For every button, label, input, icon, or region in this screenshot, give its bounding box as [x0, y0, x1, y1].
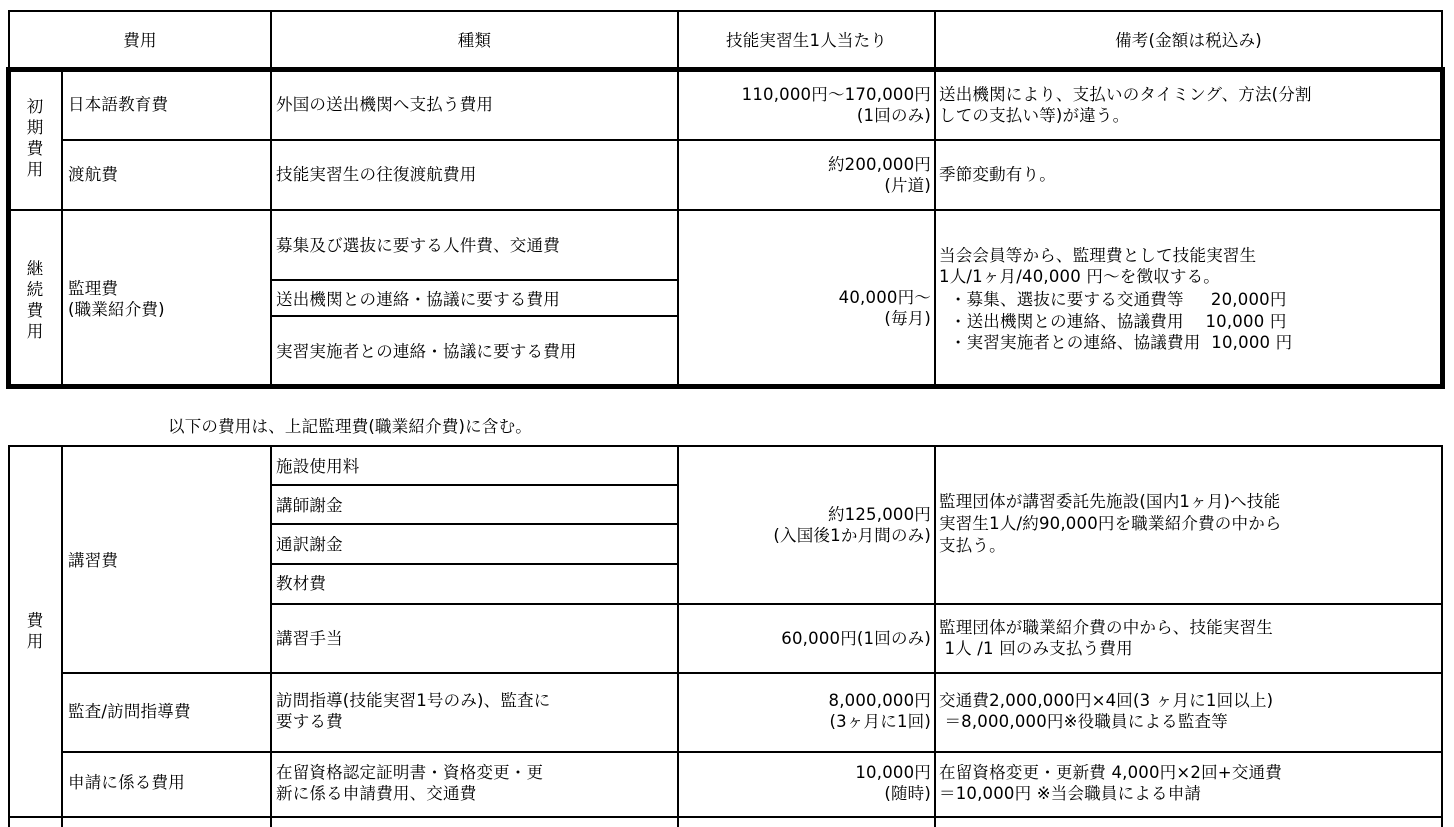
item-type: 施設使用料: [276, 456, 360, 477]
border: [270, 445, 272, 827]
border: [1441, 445, 1443, 827]
item-amount-note: (入国後1か月間のみ): [680, 525, 931, 546]
item-amount-note: (随時): [680, 783, 931, 804]
item-name: 監理費: [68, 278, 118, 299]
border: [6, 67, 1445, 72]
border: [270, 563, 678, 565]
item-note: ＝8,000,000円※役職員による監査等: [939, 711, 1228, 732]
item-amount-note: (片道): [680, 175, 931, 196]
item-note: 監理団体が職業紹介費の中から、技能実習生: [939, 617, 1273, 638]
item-type: 技能実習生の往復渡航費用: [276, 164, 476, 185]
item-note: 季節変動有り。: [939, 164, 1056, 185]
item-type: 教材費: [276, 573, 326, 594]
item-name: 日本語教育費: [68, 94, 168, 115]
item-amount-note: (3ヶ月に1回): [680, 711, 931, 732]
item-note: しての支払い等)が違う。: [939, 105, 1129, 126]
item-note: 監理団体が講習委託先施設(国内1ヶ月)へ技能: [939, 491, 1280, 512]
border: [8, 816, 1443, 818]
item-amount-note: (毎月): [680, 308, 931, 329]
item-name: 渡航費: [68, 164, 118, 185]
item-amount: 40,000円～: [680, 287, 931, 308]
header-per-trainee: 技能実習生1人当たり: [679, 30, 934, 51]
item-type: 送出機関との連絡・協議に要する費用: [276, 289, 560, 310]
border: [61, 751, 1442, 753]
border: [8, 209, 1442, 211]
item-note: ・実習実施者との連絡、協議費用 10,000 円: [939, 332, 1292, 353]
border: [1440, 67, 1445, 389]
border: [270, 523, 678, 525]
item-note: 在留資格変更・更新費 4,000円×2回+交通費: [939, 762, 1282, 783]
item-note: 送出機関により、支払いのタイミング、方法(分割: [939, 84, 1312, 105]
item-type: 実習実施者との連絡・協議に要する費用: [276, 341, 577, 362]
item-note: 実習生1人/約90,000円を職業紹介費の中から: [939, 513, 1282, 534]
item-name: 監査/訪問指導費: [68, 701, 191, 722]
border: [8, 445, 10, 827]
item-amount: 約125,000円: [680, 504, 931, 525]
border: [61, 672, 1442, 674]
border: [1441, 10, 1443, 68]
item-note: 交通費2,000,000円×4回(3 ヶ月に1回以上): [939, 690, 1273, 711]
caption: 以下の費用は、上記監理費(職業紹介費)に含む。: [168, 416, 532, 437]
item-amount: 60,000円(1回のみ): [680, 628, 931, 649]
border: [270, 315, 678, 317]
item-note: ・送出機関との連絡、協議費用 10,000 円: [939, 311, 1287, 332]
border: [270, 279, 678, 281]
border: [61, 70, 63, 386]
item-name: 講習費: [68, 550, 118, 571]
item-note: 1人 /1 回のみ支払う費用: [939, 638, 1133, 659]
item-type: 訪問指導(技能実習1号のみ)、監査に: [276, 690, 550, 711]
border: [8, 445, 1443, 447]
item-type: 新に係る申請費用、交通費: [276, 783, 476, 804]
item-note: 支払う。: [939, 535, 1006, 556]
item-name-sub: (職業紹介費): [68, 299, 165, 320]
header-notes: 備考(金額は税込み): [936, 30, 1441, 51]
item-amount: 110,000円～170,000円: [680, 84, 931, 105]
border: [61, 139, 1442, 141]
group-label-continuing-costs: 継 続 費 用: [20, 258, 50, 342]
item-amount: 8,000,000円: [680, 690, 931, 711]
item-amount-note: (1回のみ): [680, 105, 931, 126]
item-type: 講師謝金: [276, 495, 343, 516]
item-name: 申請に係る費用: [68, 772, 185, 793]
item-type: 講習手当: [276, 628, 343, 649]
group-label-initial-costs: 初 期 費 用: [20, 96, 50, 180]
border: [8, 10, 1443, 12]
border: [934, 445, 936, 827]
item-note: ・募集、選抜に要する交通費等 20,000円: [939, 289, 1287, 310]
border: [6, 384, 1445, 389]
border: [61, 445, 63, 827]
border: [270, 484, 678, 486]
item-note: ＝10,000円 ※当会職員による申請: [939, 783, 1201, 804]
header-cost: 費用: [10, 30, 270, 51]
border: [6, 67, 11, 389]
item-type: 要する費: [276, 711, 343, 732]
border: [270, 603, 1442, 605]
item-type: 在留資格認定証明書・資格変更・更: [276, 762, 543, 783]
item-note: 1人/1ヶ月/40,000 円～を徴収する。: [939, 266, 1220, 287]
item-amount: 約200,000円: [680, 154, 931, 175]
header-type: 種類: [272, 30, 677, 51]
item-type: 通訳謝金: [276, 534, 343, 555]
item-type: 募集及び選抜に要する人件費、交通費: [276, 235, 560, 256]
item-amount: 10,000円: [680, 762, 931, 783]
border: [677, 445, 679, 827]
item-type: 外国の送出機関へ支払う費用: [276, 94, 493, 115]
item-note: 当会会員等から、監理費として技能実習生: [939, 245, 1256, 266]
group-label-costs: 費 用: [20, 610, 50, 652]
